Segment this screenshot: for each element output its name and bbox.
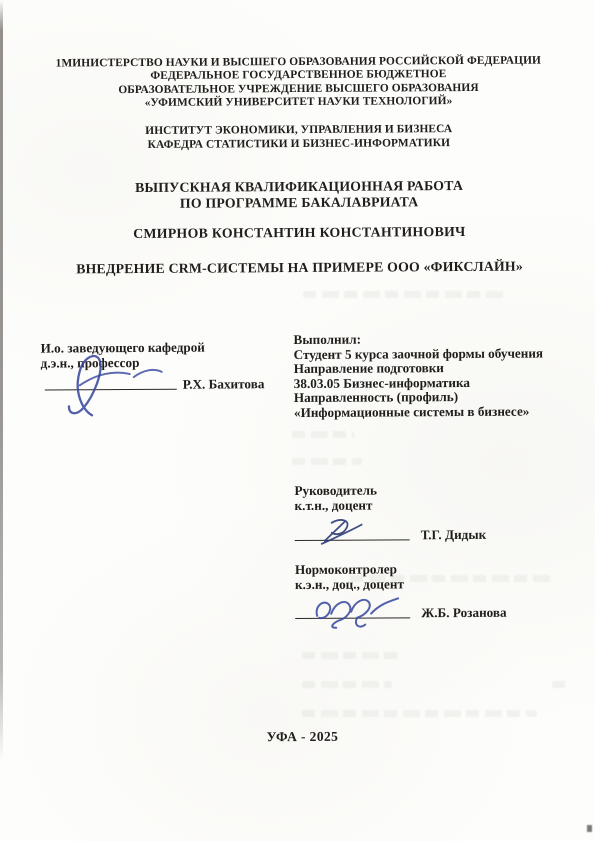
university-header: 1МИНИСТЕРСТВО НАУКИ И ВЫСШЕГО ОБРАЗОВАНИ… — [32, 54, 565, 111]
author-name: СМИРНОВ КОНСТАНТИН КОНСТАНТИНОВИЧ — [33, 223, 566, 242]
supervisor-name: Т.Г. Дидык — [421, 527, 487, 543]
normcontrol-signature-icon — [309, 591, 404, 630]
normcontrol-name: Ж.Б. Розанова — [421, 605, 507, 622]
title-page-content: 1МИНИСТЕРСТВО НАУКИ И ВЫСШЕГО ОБРАЗОВАНИ… — [0, 0, 595, 841]
thesis-title-page: 1МИНИСТЕРСТВО НАУКИ И ВЫСШЕГО ОБРАЗОВАНИ… — [0, 0, 595, 841]
department-line: КАФЕДРА СТАТИСТИКИ И БИЗНЕС-ИНФОРМАТИКИ — [32, 136, 565, 153]
institute-header: ИНСТИТУТ ЭКОНОМИКИ, УПРАВЛЕНИЯ И БИЗНЕСА… — [32, 122, 565, 152]
student-block: Выполнил: Студент 5 курса заочной формы … — [293, 331, 574, 420]
supervisor-degree: к.т.н., доцент — [294, 497, 574, 513]
student-line-5: «Информационные системы в бизнесе» — [294, 404, 574, 420]
university-name: «УФИМСКИЙ УНИВЕРСИТЕТ НАУКИ ТЕХНОЛОГИЙ» — [32, 95, 565, 112]
approver-signature-icon — [58, 349, 170, 420]
supervisor-signature-icon — [317, 515, 369, 547]
normcontrol-block: Нормоконтролер к.э.н., доц., доцент — [295, 561, 575, 592]
scan-artifact-page-corner — [587, 825, 592, 832]
work-type-line-2: ПО ПРОГРАММЕ БАКАЛАВРИАТА — [33, 193, 566, 212]
supervisor-block: Руководитель к.т.н., доцент — [294, 482, 574, 513]
scan-edge-shadow — [0, 0, 3, 762]
work-type: ВЫПУСКНАЯ КВАЛИФИКАЦИОННАЯ РАБОТА ПО ПРО… — [33, 177, 566, 212]
city-year: УФА - 2025 — [36, 727, 569, 746]
normcontrol-degree: к.э.н., доц., доцент — [295, 576, 575, 592]
thesis-topic: ВНЕДРЕНИЕ CRM-СИСТЕМЫ НА ПРИМЕРЕ ООО «ФИ… — [33, 258, 566, 277]
approver-name: Р.Х. Бахитова — [183, 376, 265, 392]
